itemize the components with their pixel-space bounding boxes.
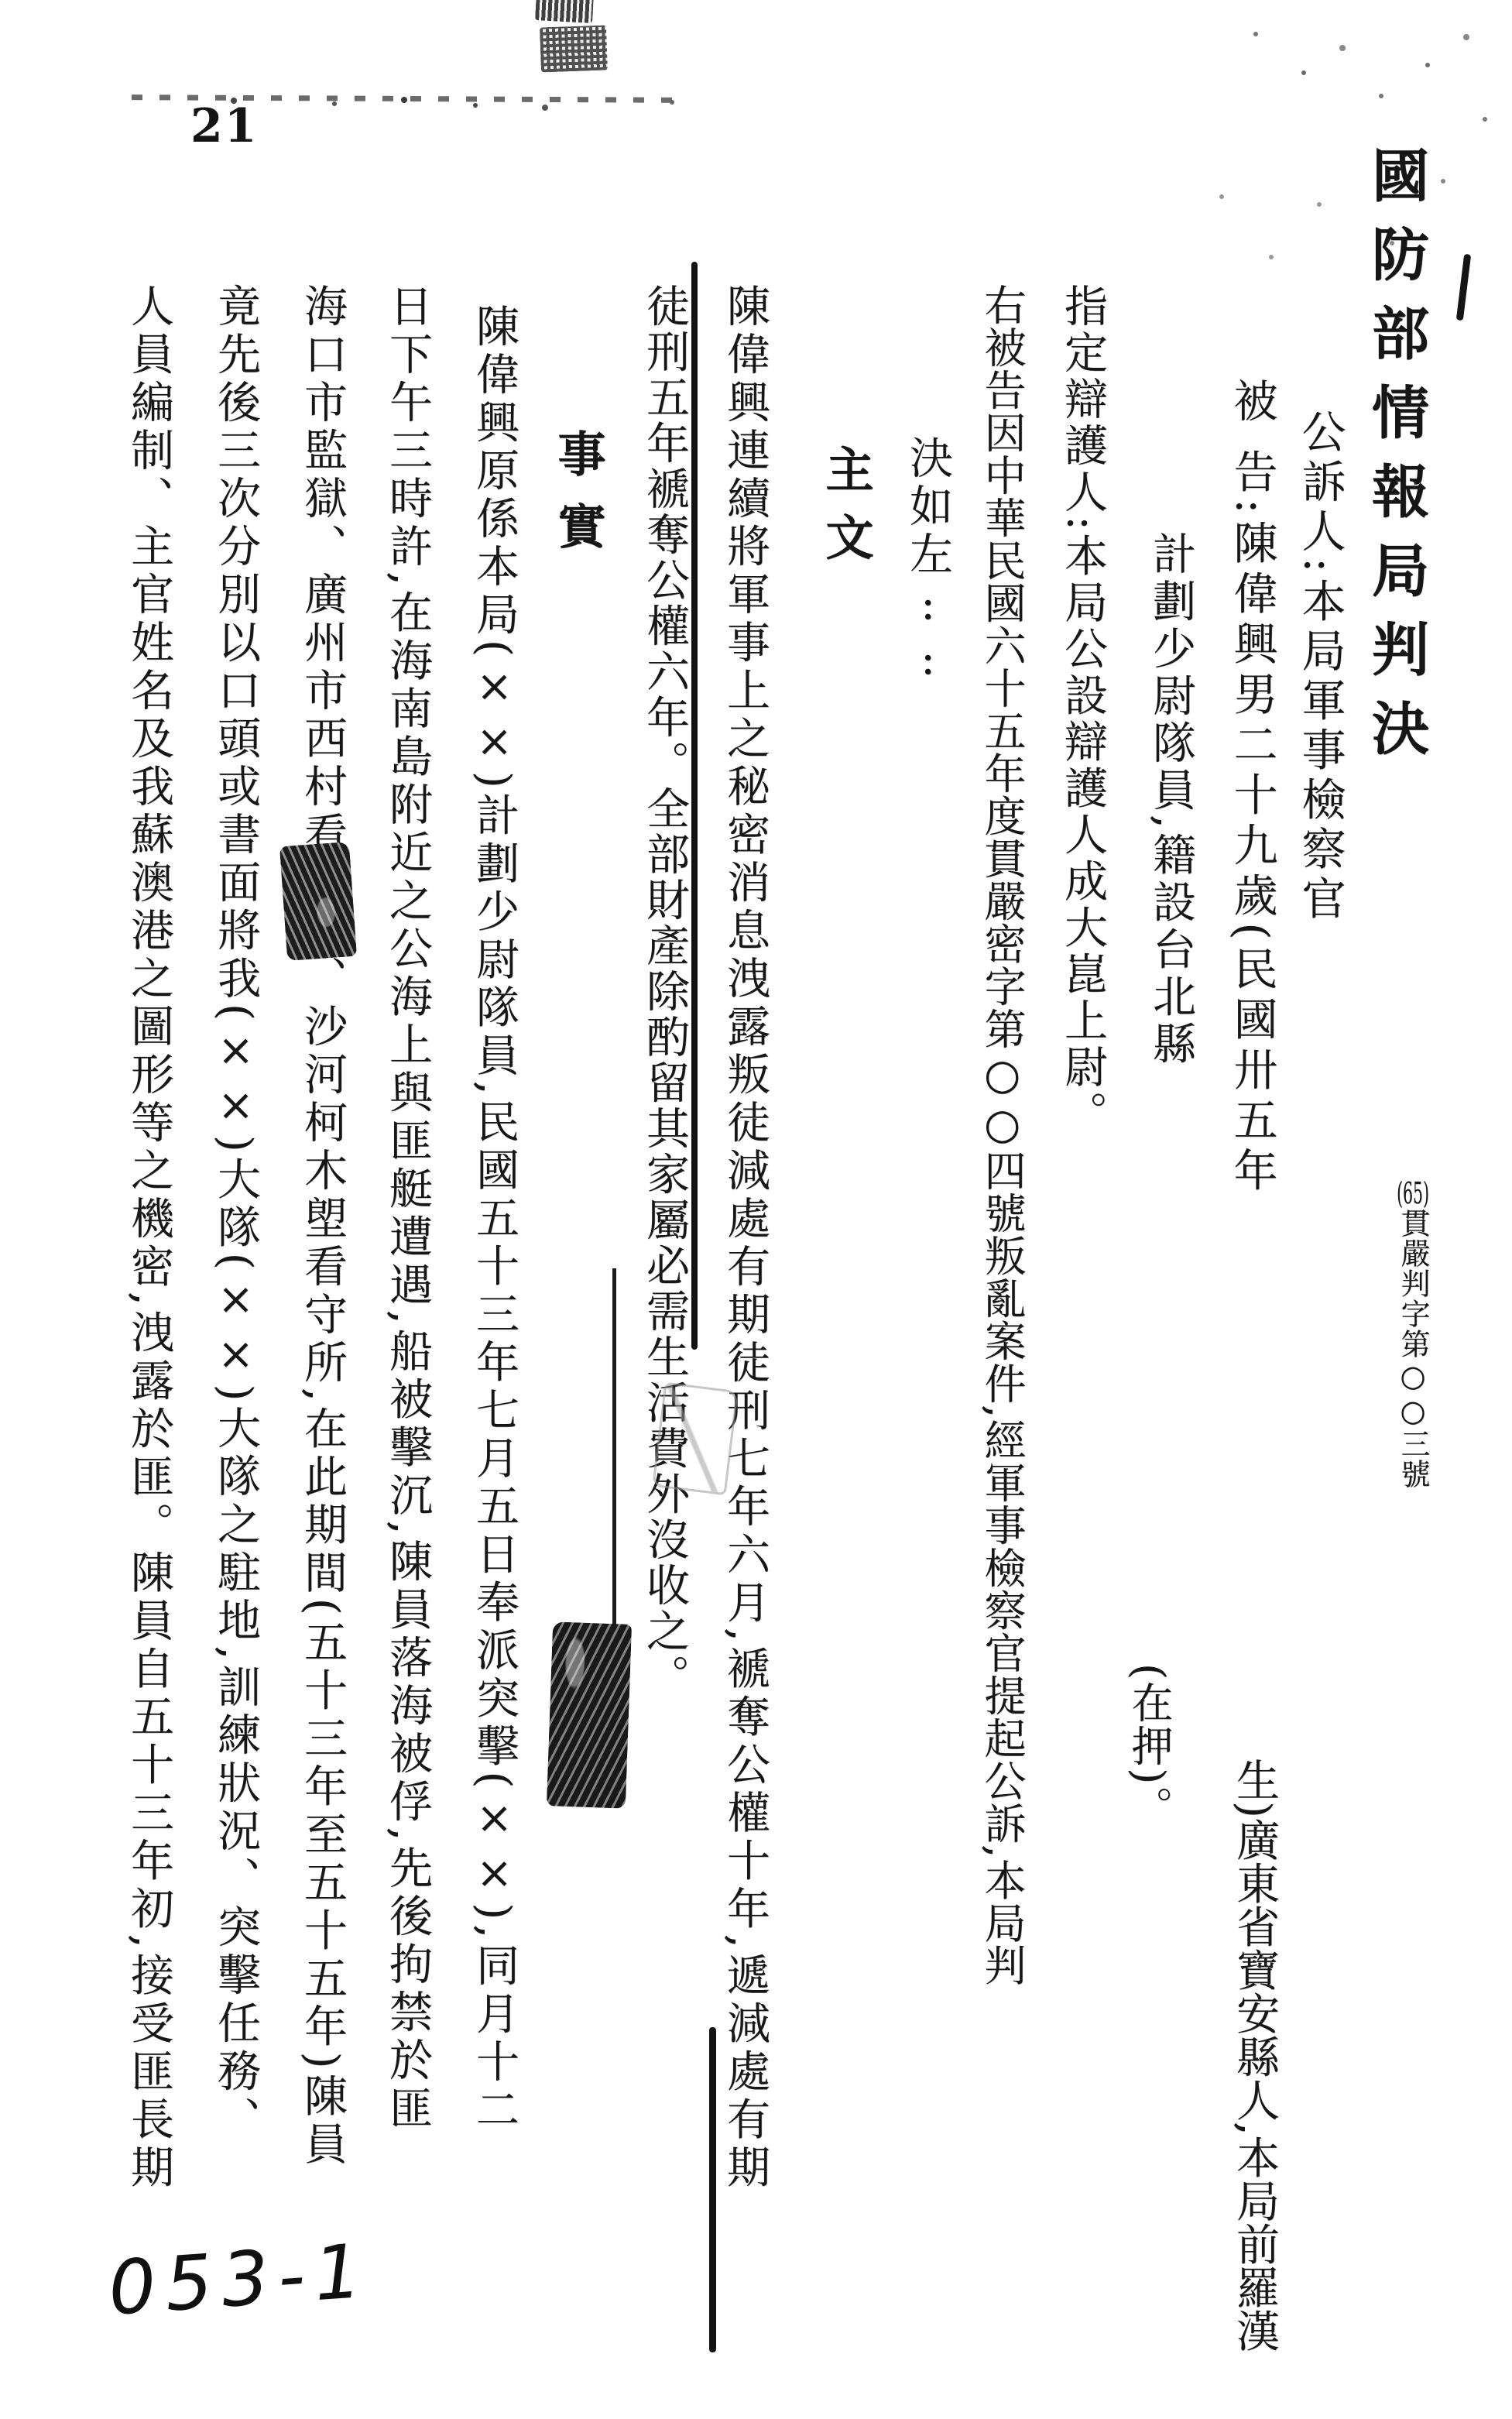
ink-seal-small [279,842,357,961]
procedure-line-2: 決如左:: [897,435,958,689]
handwritten-archive-number: 053-1 [106,2227,374,2332]
scan-speckles [0,0,3,3]
defendant-line-2: 生)廣東省寶安縣人,本局前羅漢 [1223,1758,1285,2352]
seal-outline-faint [652,1382,739,1496]
facts-line-1: 陳偉興原係本局(××)計劃少尉隊員,民國五十三年七月五日奉派突擊(××),同月十… [463,304,525,2135]
machine-stamp-fragment-2 [540,26,608,73]
facts-line-4: 竟先後三次分別以口頭或書面將我(××)大隊(××)大隊之駐地,訓練狀況、突擊任務… [204,283,266,2144]
case-number-serial: 貫嚴判字第○○三號 [1396,1208,1430,1489]
facts-line-2: 日下午三時許,在海南島附近之公海上與匪艇遭遇,船被擊沉,陳員落海被俘,先後拘禁於… [376,283,438,2133]
facts-section-header: 事 實 [543,429,612,554]
defendant-line-3: 計劃少尉隊員,籍設台北縣 [1140,531,1202,1069]
ink-seal-dark [547,1621,632,1808]
prosecutor-line: 公訴人:本局軍事檢察官 [1288,409,1352,925]
machine-stamp-fragment-1 [535,0,594,23]
counsel-line: 指定辯護人:本局公設辯護人成大崑上尉。 [1051,283,1113,1137]
defendant-line-1: 被 告:陳偉興男二十九歲(民國卅五年 [1220,378,1284,1198]
defendant-line-4: (在押)。 [1119,1663,1179,1829]
case-number: (65)貫嚴判字第○○三號 [1392,1179,1435,1489]
facts-line-5: 人員編制、主官姓名及我蘇澳港之圖形等之機密,洩露於匪。陳員自五十三年初,接受匪長… [118,283,180,2193]
procedure-line-1: 右被告因中華民國六十五年度貫嚴密字第○○四號叛亂案件,經軍事檢察官提起公訴,本局… [972,283,1032,1986]
emphasis-line-short [709,2027,716,2352]
emphasis-line-long [691,262,698,1350]
facts-line-3: 海口市監獄、廣州市西村看守所、沙河柯木塱看守所,在此期間(五十三年至五十五年)陳… [291,283,353,2170]
scanned-judgment-page: 21 國防部情報局判決 (65)貫嚴判字第○○三號 公訴人:本局軍事檢察官 被 … [0,0,1512,2419]
page-number: 21 [190,99,259,153]
verdict-section-header: 主 文 [811,444,880,562]
verdict-line-1: 陳偉興連續將軍事上之秘密消息洩露叛徒減處有期徒刑七年六月,褫奪公權十年,遞減處有… [714,283,776,2193]
document-title: 國防部情報局判決 [1355,146,1437,777]
scan-mark [1456,254,1471,321]
case-number-year: (65) [1396,1179,1430,1208]
